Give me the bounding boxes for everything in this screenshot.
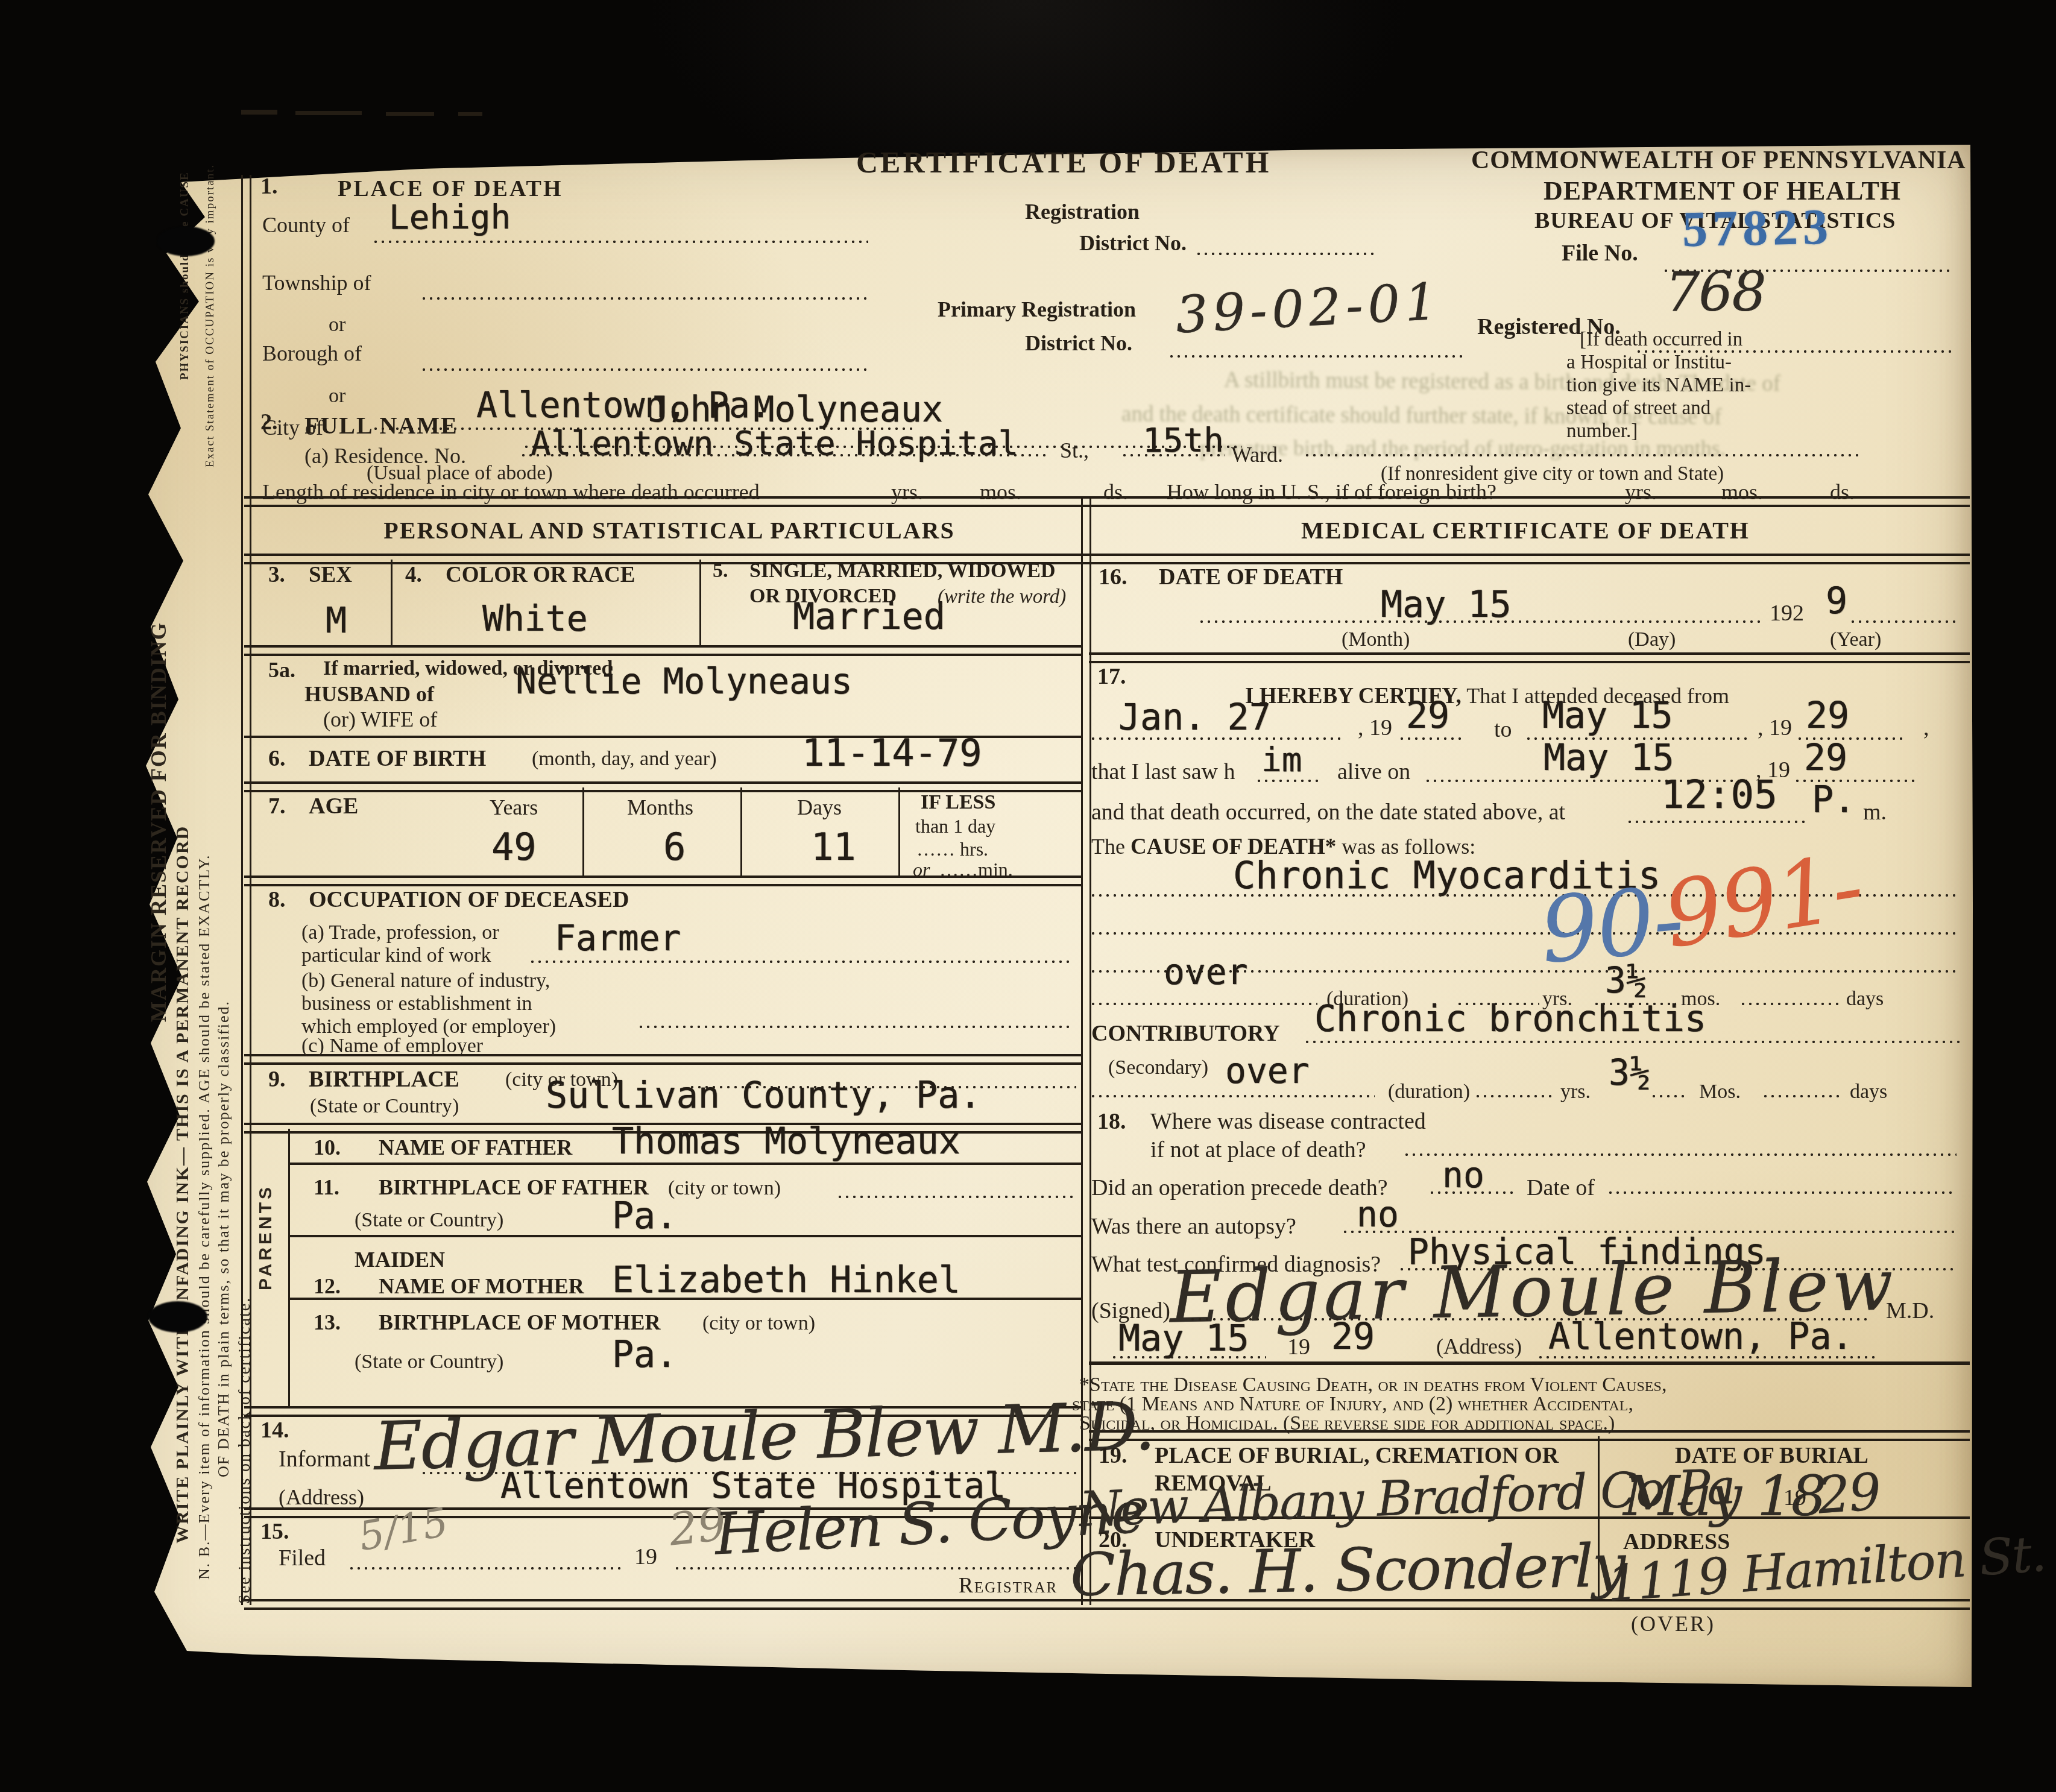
dotted-line [1628, 820, 1806, 824]
dotted-line [1305, 453, 1863, 457]
cut-off-form-number-fragment [386, 112, 434, 116]
field-number-3: 3. [268, 562, 285, 588]
occupation-b-line2: business or establishment in [301, 992, 532, 1015]
cell-divider [391, 560, 393, 645]
race-value: White [482, 598, 588, 639]
agency-commonwealth: COMMONWEALTH OF PENNSYLVANIA [1471, 146, 1966, 175]
burial-year-value: 29 [1816, 1462, 1882, 1525]
day-note: (Day) [1628, 628, 1676, 651]
secondary-months-value: 3½ [1609, 1052, 1651, 1093]
margin-of-death-note: OF DEATH in plain terms, so that it may … [215, 904, 233, 1477]
date-of-death-year-value: 9 [1826, 580, 1847, 622]
age-label: AGE [309, 793, 358, 819]
mos-label: Mos. [1699, 1081, 1741, 1103]
certificate-title: CERTIFICATE OF DEATH [856, 145, 1272, 180]
last-saw-date-value: May 15 [1544, 737, 1674, 779]
disease-contracted-line2: if not at place of death? [1150, 1137, 1366, 1163]
date-of-label: Date of [1527, 1175, 1595, 1201]
signed-address-value: Allentown, Pa. [1548, 1316, 1853, 1358]
occupation-a-line2: particular kind of work [301, 944, 491, 967]
occupation-label: OCCUPATION OF DECEASED [309, 886, 629, 913]
mos-label: mos. [1721, 479, 1763, 505]
field-number-2: 2. [260, 409, 278, 435]
mos-label: mos. [980, 479, 1021, 505]
ds-label: ds. [1103, 479, 1128, 505]
dotted-line [531, 960, 1073, 964]
punch-hole [148, 1301, 207, 1333]
dotted-line [1430, 1191, 1518, 1194]
years-label: Years [490, 795, 538, 820]
form-left-border [241, 175, 251, 1605]
undertaker-signature: Chas. H. Sconderly [1070, 1532, 1625, 1610]
marital-value: Married [793, 596, 945, 638]
name-of-father-label: NAME OF FATHER [379, 1135, 572, 1160]
father-name-value: Thomas Molyneaux [612, 1120, 960, 1163]
borough-of-label: Borough of [262, 341, 362, 366]
field-number-1: 1. [260, 173, 278, 200]
signed-address-label: (Address) [1436, 1334, 1522, 1359]
age-months-value: 6 [663, 825, 686, 869]
dotted-line [1112, 1355, 1266, 1359]
cut-off-form-number-fragment [458, 112, 482, 116]
dotted-line [1476, 1094, 1551, 1098]
parents-vertical-label: PARENTS [256, 1140, 276, 1290]
horizontal-rule [288, 1163, 1081, 1165]
filed-year-printed: 19 [634, 1544, 657, 1570]
yrs-label: yrs. [1560, 1081, 1591, 1103]
operation-label: Did an operation precede death? [1091, 1175, 1388, 1201]
ds-label: ds. [1830, 479, 1855, 505]
date-of-birth-label: DATE OF BIRTH [309, 745, 486, 772]
field-number-9: 9. [268, 1066, 286, 1093]
dotted-line [1764, 1094, 1842, 1098]
attended-to-year: 29 [1806, 695, 1849, 737]
attended-from-year: 29 [1406, 695, 1449, 737]
state-or-country-note: (State or Country) [355, 1351, 503, 1374]
registrar-label: Registrar [959, 1573, 1058, 1598]
dotted-line [1091, 1094, 1375, 1098]
dotted-line [522, 453, 1046, 457]
medical-certificate-heading: MEDICAL CERTIFICATE OF DEATH [1176, 516, 1875, 544]
dotted-line [1539, 1355, 1876, 1359]
cell-divider [699, 560, 701, 645]
residence-value: Allentown State Hospital [531, 424, 1018, 463]
margin-physicians-note: PHYSICIANS should state CAUSE [178, 181, 192, 380]
duration-over-value: over [1164, 951, 1248, 992]
or-min-label-min: ……min. [939, 859, 1013, 881]
county-of-label: County of [262, 212, 350, 238]
field-number-4: 4. [405, 562, 422, 588]
dotted-line [1091, 1002, 1317, 1006]
birthplace-label: BIRTHPLACE [309, 1066, 459, 1093]
field-number-18: 18. [1097, 1108, 1126, 1135]
dotted-line [639, 1025, 1073, 1029]
dotted-line [1123, 453, 1225, 457]
duration-note: (duration) [1388, 1081, 1470, 1103]
alive-on-label: alive on [1337, 759, 1410, 785]
registration-label: Registration [1025, 199, 1140, 224]
full-name-label: FULL NAME [304, 411, 458, 440]
cell-divider [898, 787, 900, 875]
cause-intro-pre: The [1091, 834, 1130, 859]
disease-contracted-line1: Where was disease contracted [1150, 1108, 1426, 1135]
field-number-5: 5. [713, 560, 728, 582]
hospital-note-line3: tion give its NAME in- [1566, 374, 1751, 397]
yrs-label: yrs. [891, 479, 923, 505]
dotted-line [1091, 737, 1345, 740]
age-years-value: 49 [491, 825, 537, 869]
county-value: Lehigh [389, 198, 511, 237]
field-number-17: 17. [1097, 663, 1126, 690]
secondary-over-value: over [1225, 1050, 1310, 1091]
signed-year-printed: 19 [1287, 1334, 1310, 1360]
father-birthplace-value: Pa. [612, 1195, 677, 1237]
dob-value: 11-14-79 [802, 731, 982, 775]
hospital-note-line4: stead of street and [1566, 397, 1711, 420]
occupation-a-line1: (a) Trade, profession, or [301, 921, 499, 944]
if-less-label-line1: IF LESS [921, 791, 995, 814]
operation-value: no [1442, 1155, 1484, 1196]
length-of-residence-label: Length of residence in city or town wher… [262, 479, 760, 505]
field-number-16: 16. [1099, 564, 1127, 590]
birthplace-of-father-label: BIRTHPLACE OF FATHER [379, 1175, 649, 1200]
street-label: St., [1060, 438, 1089, 463]
primary-district-no-label: District No. [1025, 330, 1132, 356]
primary-registration-label: Primary Registration [938, 297, 1136, 322]
dotted-line [1609, 1191, 1957, 1194]
dotted-line [374, 240, 868, 244]
sex-value: M [326, 600, 347, 641]
punch-hole [157, 226, 215, 256]
death-occurred-label: and that death occurred, on the date sta… [1091, 799, 1565, 825]
field-number-7: 7. [268, 793, 286, 819]
registered-no-value: 768 [1665, 260, 1765, 324]
hrs-label: …… hrs. [916, 838, 988, 860]
footnote-line3: Suicidal, or Homicidal. (See reverse sid… [1079, 1412, 1615, 1435]
occupation-value: Farmer [555, 918, 681, 959]
field-number-14: 14. [260, 1417, 289, 1443]
spouse-value: Nellie Molyneaus [516, 661, 853, 702]
field-number-5a: 5a. [268, 657, 295, 683]
dotted-line [675, 1566, 1076, 1570]
field-number-19: 19. [1099, 1442, 1127, 1469]
contributory-label: CONTRIBUTORY [1091, 1020, 1280, 1047]
margin-binding-note: MARGIN RESERVED FOR BINDING [146, 648, 171, 1022]
write-the-word-note: (write the word) [938, 586, 1066, 608]
comma-19-printed: , 19 [1358, 715, 1392, 741]
hospital-note-line1: [If death occurred in [1580, 329, 1742, 351]
field-number-13: 13. [314, 1310, 341, 1335]
file-no-stamp: 57823 [1682, 198, 1834, 259]
filed-label: Filed [279, 1545, 326, 1571]
city-or-town-note: (city or town) [702, 1312, 815, 1335]
cell-divider [582, 787, 584, 875]
year-printed-192: 192 [1770, 600, 1804, 626]
contributory-value: Chronic bronchitis [1314, 998, 1706, 1040]
birthplace-of-mother-label: BIRTHPLACE OF MOTHER [379, 1310, 660, 1335]
marital-label-line1: SINGLE, MARRIED, WIDOWED [749, 560, 1056, 582]
or-label: or [329, 385, 345, 408]
state-or-country-note: (State or Country) [355, 1209, 503, 1232]
parents-divider [288, 1129, 290, 1406]
dotted-line [838, 1195, 1076, 1199]
dotted-line [1305, 1040, 1960, 1044]
margin-exact-statement-note: Exact Statement of OCCUPATION is very im… [204, 178, 217, 467]
field-number-11: 11. [314, 1175, 339, 1200]
him-fill-value: im [1261, 740, 1302, 780]
or-label: or [329, 314, 345, 336]
year-note: (Year) [1830, 628, 1881, 651]
horizontal-rule [288, 1235, 1081, 1237]
age-days-value: 11 [811, 825, 856, 869]
birthplace-value: Sullivan County, Pa. [546, 1074, 981, 1117]
dotted-line [1741, 1002, 1841, 1006]
dotted-line [1400, 737, 1463, 740]
over-note: (OVER) [1631, 1611, 1715, 1636]
state-or-country-note: (State or Country) [310, 1095, 459, 1118]
months-label: Months [627, 795, 693, 820]
color-or-race-label: COLOR OR RACE [446, 562, 635, 588]
days-label: days [1846, 988, 1884, 1011]
field-number-8: 8. [268, 886, 286, 913]
autopsy-value: no [1357, 1194, 1399, 1235]
cut-off-form-number-fragment [241, 110, 277, 115]
death-certificate-scan: A stillbirth must be registered as a bir… [0, 0, 2056, 1792]
cut-off-form-number-fragment [295, 111, 362, 115]
informant-label: Informant [279, 1446, 370, 1472]
city-or-town-note: (city or town) [668, 1177, 781, 1200]
field-number-12: 12. [314, 1273, 341, 1299]
husband-of-label: HUSBAND of [304, 681, 434, 707]
field-number-15: 15. [260, 1518, 289, 1545]
how-long-in-us-label: How long in U. S., if of foreign birth? [1167, 479, 1496, 505]
informant-address-label: (Address) [279, 1484, 364, 1510]
death-time-value: 12:05 [1661, 773, 1777, 818]
horizontal-rule [1089, 652, 1970, 663]
field-number-10: 10. [314, 1135, 341, 1160]
dotted-line [422, 368, 868, 371]
dob-subnote: (month, day, and year) [532, 748, 717, 771]
township-of-label: Township of [262, 270, 371, 295]
hospital-note-line5: number.] [1566, 420, 1638, 443]
district-no-label: District No. [1079, 230, 1187, 256]
autopsy-label: Was there an autopsy? [1091, 1213, 1296, 1240]
death-time-ampm-value: P. [1812, 779, 1855, 821]
dotted-line [1200, 620, 1761, 623]
occupation-c-label: (c) Name of employer [301, 1035, 483, 1058]
duration-months-value: 3½ [1605, 960, 1647, 1001]
burial-year-printed: 19 [1783, 1484, 1806, 1511]
horizontal-rule [1089, 1361, 1970, 1365]
md-label: M.D. [1886, 1298, 1934, 1324]
dotted-line [422, 297, 868, 300]
maiden-label: MAIDEN [355, 1247, 445, 1272]
mother-birthplace-value: Pa. [612, 1334, 677, 1376]
month-note: (Month) [1342, 628, 1410, 651]
last-saw-year-value: 29 [1804, 737, 1847, 779]
days-label: Days [797, 795, 842, 820]
attended-from-value: Jan. 27 [1118, 696, 1271, 739]
if-less-label-line2: than 1 day [915, 815, 995, 838]
dotted-line [350, 1566, 621, 1570]
hospital-note-line2: a Hospital or Institu- [1566, 352, 1732, 374]
dotted-line [1405, 1153, 1957, 1156]
margin-write-plainly-note: WRITE PLAINLY WITH UNFADING INK— THIS IS… [172, 742, 193, 1544]
sex-label: SEX [309, 562, 352, 588]
horizontal-rule [244, 645, 1081, 656]
signed-date-value: May 15 [1118, 1317, 1249, 1360]
trailing-comma: , [1923, 715, 1929, 741]
dotted-line [1257, 779, 1320, 783]
m-label: m. [1863, 799, 1887, 825]
cell-divider [740, 787, 742, 875]
dotted-line [1652, 1094, 1688, 1098]
margin-nb-note: N. B.—Every item of information should b… [195, 760, 213, 1580]
signed-year-value: 29 [1331, 1316, 1375, 1358]
ward-label: Ward. [1231, 442, 1283, 467]
date-of-death-label: DATE OF DEATH [1159, 564, 1343, 590]
name-of-mother-label: NAME OF MOTHER [379, 1273, 584, 1299]
occupation-b-line1: (b) General nature of industry, [301, 970, 550, 992]
last-saw-label: that I last saw h [1091, 759, 1235, 785]
wife-of-label: (or) WIFE of [323, 707, 437, 732]
field-number-6: 6. [268, 745, 286, 772]
or-min-label-or: or [913, 859, 930, 881]
days-label: days [1850, 1081, 1887, 1103]
dotted-line [1170, 355, 1465, 358]
file-no-label: File No. [1562, 240, 1638, 267]
place-of-burial-label-line1: PLACE OF BURIAL, CREMATION OR [1155, 1442, 1559, 1469]
personal-particulars-heading: PERSONAL AND STATISTICAL PARTICULARS [314, 516, 1025, 544]
dotted-line [1851, 620, 1957, 623]
secondary-note: (Secondary) [1108, 1056, 1208, 1079]
dotted-line [1197, 252, 1378, 256]
comma-19-printed: , 19 [1758, 715, 1792, 741]
yrs-label: yrs. [1625, 479, 1657, 505]
mother-name-value: Elizabeth Hinkel [612, 1259, 960, 1301]
attended-to-value: May 15 [1542, 695, 1673, 737]
to-label: to [1494, 716, 1512, 743]
